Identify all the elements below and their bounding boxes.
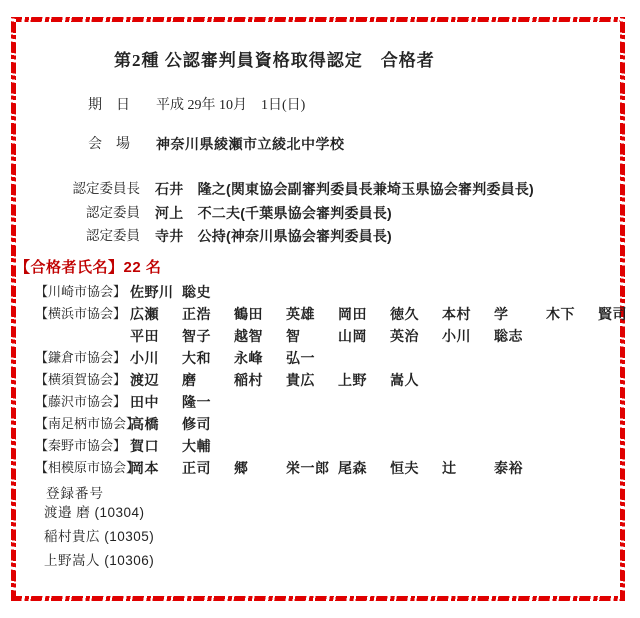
passer-name: 岡田	[338, 303, 390, 325]
passer-name: 本村	[442, 303, 494, 325]
passer-row: 【秦野市協会】賀口大輔	[35, 435, 635, 457]
passer-row: 【藤沢市協会】田中隆一	[35, 391, 635, 413]
passer-name: 大輔	[182, 435, 234, 457]
passer-row: 平田智子越智智山岡英治小川聡志	[35, 325, 635, 347]
names-row: 佐野川聡史	[130, 281, 635, 303]
passer-name: 賢司	[598, 303, 640, 325]
passer-name: 木下	[546, 303, 598, 325]
passer-name: 大和	[182, 347, 234, 369]
passer-name: 上野	[338, 369, 390, 391]
passer-name: 貴広	[286, 369, 338, 391]
date-field: 期 日 平成 29年 10月 1日(日)	[0, 97, 640, 114]
association-label: 【鎌倉市協会】	[35, 347, 126, 369]
names-row: 渡辺磨稲村貴広上野嵩人	[130, 369, 635, 391]
passer-name: 鶴田	[234, 303, 286, 325]
committee-member-value: 河上 不二夫(千葉県協会審判委員長)	[155, 205, 392, 221]
committee-chair-row: 認定委員長 石井 隆之(関東協会副審判委員長兼埼玉県協会審判委員長)	[0, 181, 640, 197]
passer-row: 【鎌倉市協会】小川大和永峰弘一	[35, 347, 635, 369]
passer-name: 永峰	[234, 347, 286, 369]
passer-row: 【横須賀協会】渡辺磨稲村貴広上野嵩人	[35, 369, 635, 391]
registration-entry: 渡邉 磨 (10304)	[44, 501, 154, 525]
registration-entry: 上野嵩人 (10306)	[44, 549, 154, 573]
passer-name: 渡辺	[130, 369, 182, 391]
committee-chair-label: 認定委員長	[0, 181, 140, 197]
date-label: 期 日	[88, 97, 130, 114]
passer-name: 泰裕	[494, 457, 546, 479]
passer-name: 小川	[130, 347, 182, 369]
names-row: 岡本正司郷栄一郎尾森恒夫辻泰裕	[130, 457, 635, 479]
border-bottom-edge	[11, 596, 625, 601]
passer-name: 嵩人	[390, 369, 442, 391]
passer-name: 弘一	[286, 347, 338, 369]
passer-name: 智	[286, 325, 338, 347]
committee-member-row: 認定委員 寺井 公持(神奈川県協会審判委員長)	[0, 228, 640, 244]
passer-name: 栄一郎	[286, 457, 338, 479]
passer-name: 英治	[390, 325, 442, 347]
passer-name: 正浩	[182, 303, 234, 325]
passer-name: 英雄	[286, 303, 338, 325]
committee-member-label: 認定委員	[0, 205, 140, 221]
passer-name: 磨	[182, 369, 234, 391]
passer-name: 恒夫	[390, 457, 442, 479]
names-row: 田中隆一	[130, 391, 635, 413]
committee-chair-value: 石井 隆之(関東協会副審判委員長兼埼玉県協会審判委員長)	[155, 181, 534, 197]
committee-member-row: 認定委員 河上 不二夫(千葉県協会審判委員長)	[0, 205, 640, 221]
passer-name: 小川	[442, 325, 494, 347]
passer-name: 正司	[182, 457, 234, 479]
association-label: 【南足柄市協会】	[35, 413, 139, 435]
passer-row: 【南足柄市協会】高橋修司	[35, 413, 635, 435]
passer-name: 尾森	[338, 457, 390, 479]
passer-name: 徳久	[390, 303, 442, 325]
border-top-edge	[11, 17, 625, 22]
passer-name: 郷	[234, 457, 286, 479]
association-label: 【横浜市協会】	[35, 303, 126, 325]
passer-name: 田中	[130, 391, 182, 413]
passers-list: 【川崎市協会】佐野川聡史【横浜市協会】広瀬正浩鶴田英雄岡田徳久本村学木下賢司平田…	[35, 281, 635, 479]
document-page: 第2種 公認審判員資格取得認定 合格者 期 日 平成 29年 10月 1日(日)…	[0, 0, 640, 618]
venue-field: 会 場 神奈川県綾瀬市立綾北中学校	[0, 136, 640, 153]
passer-row: 【川崎市協会】佐野川聡史	[35, 281, 635, 303]
committee-member-label: 認定委員	[0, 228, 140, 244]
passer-name: 辻	[442, 457, 494, 479]
venue-value: 神奈川県綾瀬市立綾北中学校	[156, 136, 345, 153]
association-label: 【川崎市協会】	[35, 281, 126, 303]
association-label: 【秦野市協会】	[35, 435, 126, 457]
date-value: 平成 29年 10月 1日(日)	[156, 97, 305, 114]
passer-name: 聡志	[494, 325, 546, 347]
document-title: 第2種 公認審判員資格取得認定 合格者	[114, 50, 435, 72]
passer-name: 学	[494, 303, 546, 325]
passers-heading: 【合格者氏名】22 名	[15, 256, 161, 277]
passer-name: 平田	[130, 325, 182, 347]
registration-entry: 稲村貴広 (10305)	[44, 525, 154, 549]
passer-name: 聡史	[182, 281, 234, 303]
passer-name: 賀口	[130, 435, 182, 457]
names-row: 平田智子越智智山岡英治小川聡志	[130, 325, 635, 347]
registration-heading: 登録番号	[46, 482, 104, 502]
passer-name: 智子	[182, 325, 234, 347]
association-label: 【相模原市協会】	[35, 457, 139, 479]
passer-name: 佐野川	[130, 281, 182, 303]
passer-name: 修司	[182, 413, 234, 435]
names-row: 高橋修司	[130, 413, 635, 435]
names-row: 小川大和永峰弘一	[130, 347, 635, 369]
association-label: 【藤沢市協会】	[35, 391, 126, 413]
passer-name: 越智	[234, 325, 286, 347]
committee-member-value: 寺井 公持(神奈川県協会審判委員長)	[155, 228, 392, 244]
registration-entries: 渡邉 磨 (10304)稲村貴広 (10305)上野嵩人 (10306)	[44, 501, 154, 573]
passer-name: 山岡	[338, 325, 390, 347]
passer-name: 広瀬	[130, 303, 182, 325]
association-label: 【横須賀協会】	[35, 369, 126, 391]
passer-name: 隆一	[182, 391, 234, 413]
venue-label: 会 場	[88, 136, 130, 153]
passer-name: 稲村	[234, 369, 286, 391]
names-row: 広瀬正浩鶴田英雄岡田徳久本村学木下賢司	[130, 303, 635, 325]
passer-row: 【相模原市協会】岡本正司郷栄一郎尾森恒夫辻泰裕	[35, 457, 635, 479]
passer-row: 【横浜市協会】広瀬正浩鶴田英雄岡田徳久本村学木下賢司	[35, 303, 635, 325]
names-row: 賀口大輔	[130, 435, 635, 457]
